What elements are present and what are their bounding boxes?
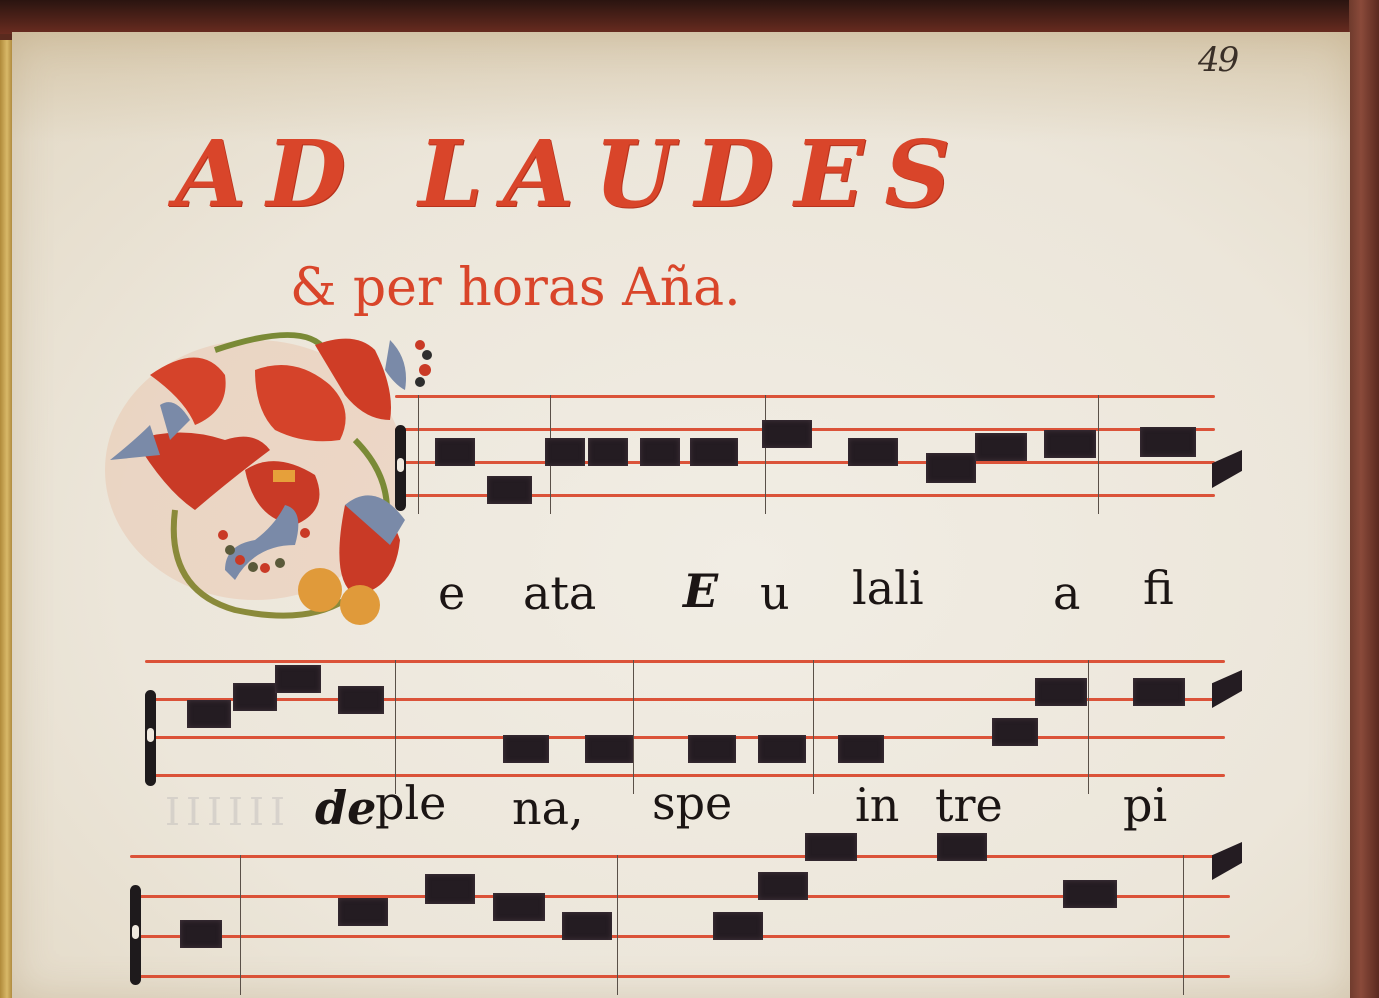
rubric-subheading: & per horas Aña.	[290, 262, 741, 314]
square-note	[338, 898, 388, 926]
square-note	[758, 735, 806, 763]
square-note	[503, 735, 549, 763]
square-note	[758, 872, 808, 900]
bar-line	[617, 855, 618, 995]
lyric-syllable: spe	[652, 780, 732, 826]
staff-line	[130, 975, 1230, 978]
staff-line	[395, 461, 1215, 464]
folio-number: 49	[1198, 40, 1237, 80]
square-note	[1044, 430, 1096, 458]
staff-line	[130, 935, 1230, 938]
square-note	[425, 874, 475, 904]
square-note	[233, 683, 277, 711]
staff-line	[395, 395, 1215, 398]
square-note	[585, 735, 633, 763]
square-note	[1133, 678, 1185, 706]
rubric-heading: AD LAUDES	[175, 128, 1155, 220]
bar-line	[395, 660, 396, 794]
square-note	[926, 453, 976, 483]
square-note	[588, 438, 628, 466]
c-clef-icon	[145, 690, 156, 786]
square-note	[180, 920, 222, 948]
square-note	[562, 912, 612, 940]
staff-line	[145, 736, 1225, 739]
lyric-syllable: ata	[523, 570, 596, 616]
bar-line	[418, 395, 419, 514]
lyric-syllable: E	[683, 568, 718, 614]
staff-line	[145, 660, 1225, 663]
square-note	[1035, 678, 1087, 706]
square-note	[275, 665, 321, 693]
bar-line	[1088, 660, 1089, 794]
square-note	[1140, 427, 1196, 457]
bar-line	[1098, 395, 1099, 514]
square-note	[487, 476, 532, 504]
bar-line	[240, 855, 241, 995]
lyric-syllable: de	[315, 785, 376, 831]
square-note	[187, 700, 231, 728]
square-note	[435, 438, 475, 466]
lyric-syllable: lali	[852, 565, 924, 611]
lyric-syllable: e	[438, 570, 465, 616]
bar-line	[813, 660, 814, 794]
lyric-syllable: pi	[1123, 782, 1167, 828]
bar-line	[633, 660, 634, 794]
square-note	[713, 912, 763, 940]
illuminated-initial-icon	[105, 330, 440, 630]
square-note	[545, 438, 585, 466]
square-note	[762, 420, 812, 448]
square-note	[937, 833, 987, 861]
lyric-syllable: na,	[512, 785, 584, 831]
square-note	[338, 686, 384, 714]
lyric-syllable: ple	[375, 780, 446, 826]
bar-line	[765, 395, 766, 514]
lyric-syllable: a	[1053, 570, 1080, 616]
bar-line	[1183, 855, 1184, 995]
square-note	[848, 438, 898, 466]
staff-line	[130, 855, 1230, 858]
square-note	[1063, 880, 1117, 908]
square-note	[805, 833, 857, 861]
lyric-syllable: in	[855, 782, 899, 828]
square-note	[975, 433, 1027, 461]
square-note	[688, 735, 736, 763]
square-note	[640, 438, 680, 466]
c-clef-icon	[130, 885, 141, 985]
lyric-syllable: u	[760, 570, 790, 616]
square-note	[493, 893, 545, 921]
show-through-text: IIIIII	[165, 790, 291, 834]
square-note	[690, 438, 738, 466]
lyric-syllable: fi	[1143, 565, 1174, 611]
square-note	[838, 735, 884, 763]
square-note	[992, 718, 1038, 746]
book-cover-right	[1349, 0, 1379, 998]
c-clef-icon	[395, 425, 406, 511]
book-cover-top	[0, 0, 1379, 34]
lyric-syllable: tre	[935, 782, 1003, 828]
